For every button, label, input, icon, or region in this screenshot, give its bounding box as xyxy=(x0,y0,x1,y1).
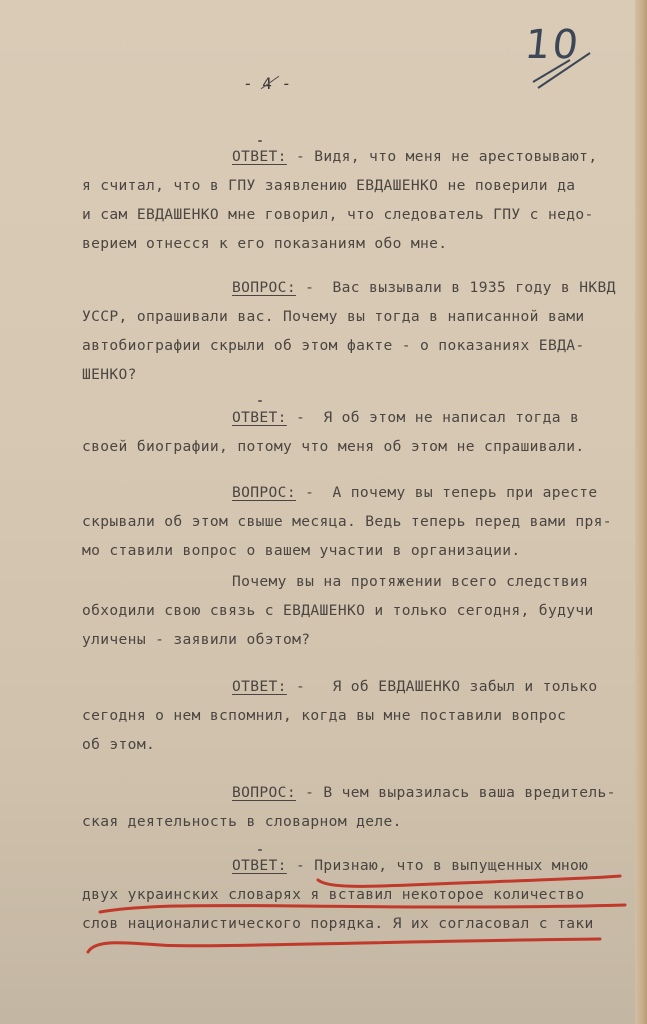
speaker-label: ВОПРОС: xyxy=(232,279,296,296)
transcript-line: обходили свою связь с ЕВДАШЕНКО и только… xyxy=(82,602,594,619)
transcript-line: ская деятельность в словарном деле. xyxy=(82,813,402,830)
transcript-line: сегодня о нем вспомнил, когда вы мне пос… xyxy=(82,707,566,724)
page-number: - 4 - xyxy=(243,74,291,93)
transcript-line: мо ставили вопрос о вашем участии в орга… xyxy=(82,542,521,559)
transcript-line: ВОПРОС: - В чем выразилась ваша вредител… xyxy=(232,784,616,801)
speaker-label: ОТВЕТ: xyxy=(232,857,287,874)
transcript-line: об этом. xyxy=(82,736,155,753)
transcript-line: ОТВЕТ: - Признаю, что в выпущенных мною xyxy=(232,857,588,874)
tick-mark xyxy=(258,849,262,851)
transcript-line: своей биографии, потому что меня об этом… xyxy=(82,438,585,455)
transcript-line: ВОПРОС: - А почему вы теперь при аресте xyxy=(232,484,597,501)
speaker-label: ОТВЕТ: xyxy=(232,409,287,426)
speaker-label: ВОПРОС: xyxy=(232,484,296,501)
transcript-line: уличены - заявили обэтом? xyxy=(82,631,310,648)
tick-mark xyxy=(258,400,262,402)
transcript-line: ШЕНКО? xyxy=(82,366,137,383)
struck-page-number: 4 xyxy=(262,74,272,93)
transcript-line: ОТВЕТ: - Я об этом не написал тогда в xyxy=(232,409,579,426)
transcript-line: автобиографии скрыли об этом факте - о п… xyxy=(82,337,585,354)
speaker-label: ОТВЕТ: xyxy=(232,678,287,695)
transcript-line: ОТВЕТ: - Видя, что меня не арестовывают, xyxy=(232,148,597,165)
transcript-line: ВОПРОС: - Вас вызывали в 1935 году в НКВ… xyxy=(232,279,616,296)
transcript-line: я считал, что в ГПУ заявлению ЕВДАШЕНКО … xyxy=(82,177,575,194)
folio-double-strike xyxy=(528,40,598,90)
tick-mark xyxy=(258,140,262,142)
speaker-label: ВОПРОС: xyxy=(232,784,296,801)
speaker-label: ОТВЕТ: xyxy=(232,148,287,165)
transcript-line: верием отнесся к его показаниям обо мне. xyxy=(82,235,447,252)
transcript-line: УССР, опрашивали вас. Почему вы тогда в … xyxy=(82,308,585,325)
transcript-line: двух украинских словарях я вставил некот… xyxy=(82,886,585,903)
transcript-line: скрывали об этом свыше месяца. Ведь тепе… xyxy=(82,513,612,530)
transcript-line: ОТВЕТ: - Я об ЕВДАШЕНКО забыл и только xyxy=(232,678,597,695)
transcript-line: и сам ЕВДАШЕНКО мне говорил, что следова… xyxy=(82,206,594,223)
transcript-line: Почему вы на протяжении всего следствия xyxy=(232,573,588,590)
transcript-line: слов националистического порядка. Я их с… xyxy=(82,915,594,932)
paper-edge xyxy=(635,0,647,1024)
